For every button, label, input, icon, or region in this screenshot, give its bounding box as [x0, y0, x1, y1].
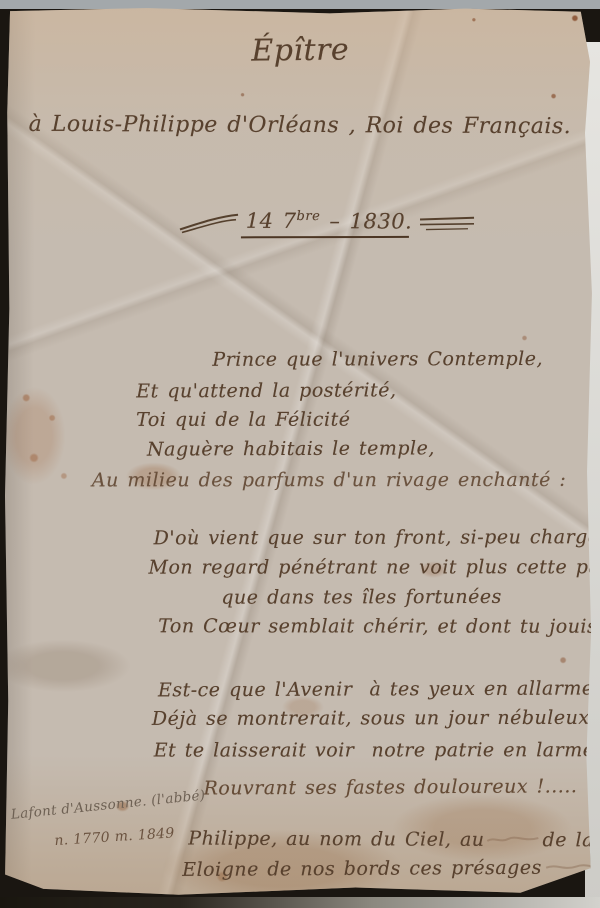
- poem-title: Épître: [6, 29, 595, 72]
- table-surface-bottom: [0, 897, 600, 908]
- closing-line-part: Philippe, au nom du Ciel, au: [188, 828, 484, 851]
- table-surface-top: [0, 0, 600, 9]
- closing-line: Eloigne de nos bords ces présages;: [182, 855, 600, 882]
- poem-line: Prince que l'univers Contemple,: [212, 347, 543, 372]
- underlying-sheet-edge: [585, 42, 600, 908]
- closing-line-part: Eloigne de nos bords ces présages: [182, 857, 542, 881]
- date-text-sup: bre: [297, 209, 321, 224]
- poem-line: Ton Cœur semblait chérir, et dont tu jou…: [158, 614, 600, 638]
- poem-line: Mon regard pénétrant ne voit plus cette …: [148, 555, 600, 579]
- faded-word-smudge: [485, 832, 543, 846]
- poem-line: Déjà se montrerait, sous un jour nébuleu…: [152, 706, 596, 731]
- poem-line: Toi qui de la Félicité: [136, 408, 350, 432]
- divider-rule: [241, 236, 409, 238]
- poem-line: Et te laisserait voir notre patrie en la…: [154, 738, 600, 762]
- poem-line: Rouvrant ses fastes douloureux !.....: [203, 774, 577, 800]
- marginalia-dates-note: n. 1770 m. 1849: [54, 825, 175, 849]
- dedication-line: à Louis-Philippe d'Orléans , Roi des Fra…: [5, 112, 594, 140]
- date-text-year: – 1830.: [320, 209, 412, 233]
- closing-line: Philippe, au nom du Ciel, aude la Patrie…: [188, 827, 600, 853]
- flourish-left-icon: [178, 211, 240, 233]
- flourish-right-icon: [418, 214, 476, 232]
- manuscript-page: Épître à Louis-Philippe d'Orléans , Roi …: [2, 6, 595, 900]
- date-text-day: 14 7: [246, 209, 297, 233]
- poem-line: Au milieu des parfums d'un rivage enchan…: [92, 468, 566, 492]
- poem-line: que dans tes îles fortunées: [221, 585, 502, 610]
- marginalia-author-note: Lafont d'Aussonne. (l'abbé): [10, 787, 206, 822]
- date-line: 14 7bre – 1830.: [5, 184, 594, 259]
- photo-background: Épître à Louis-Philippe d'Orléans , Roi …: [0, 0, 600, 908]
- poem-line: D'où vient que sur ton front, si-peu cha…: [154, 525, 600, 550]
- poem-line: Est-ce que l'Avenir à tes yeux en allarm…: [158, 676, 600, 702]
- poem-line: Et qu'attend la postérité,: [136, 378, 396, 403]
- poem-line: Naguère habitais le temple,: [147, 436, 435, 461]
